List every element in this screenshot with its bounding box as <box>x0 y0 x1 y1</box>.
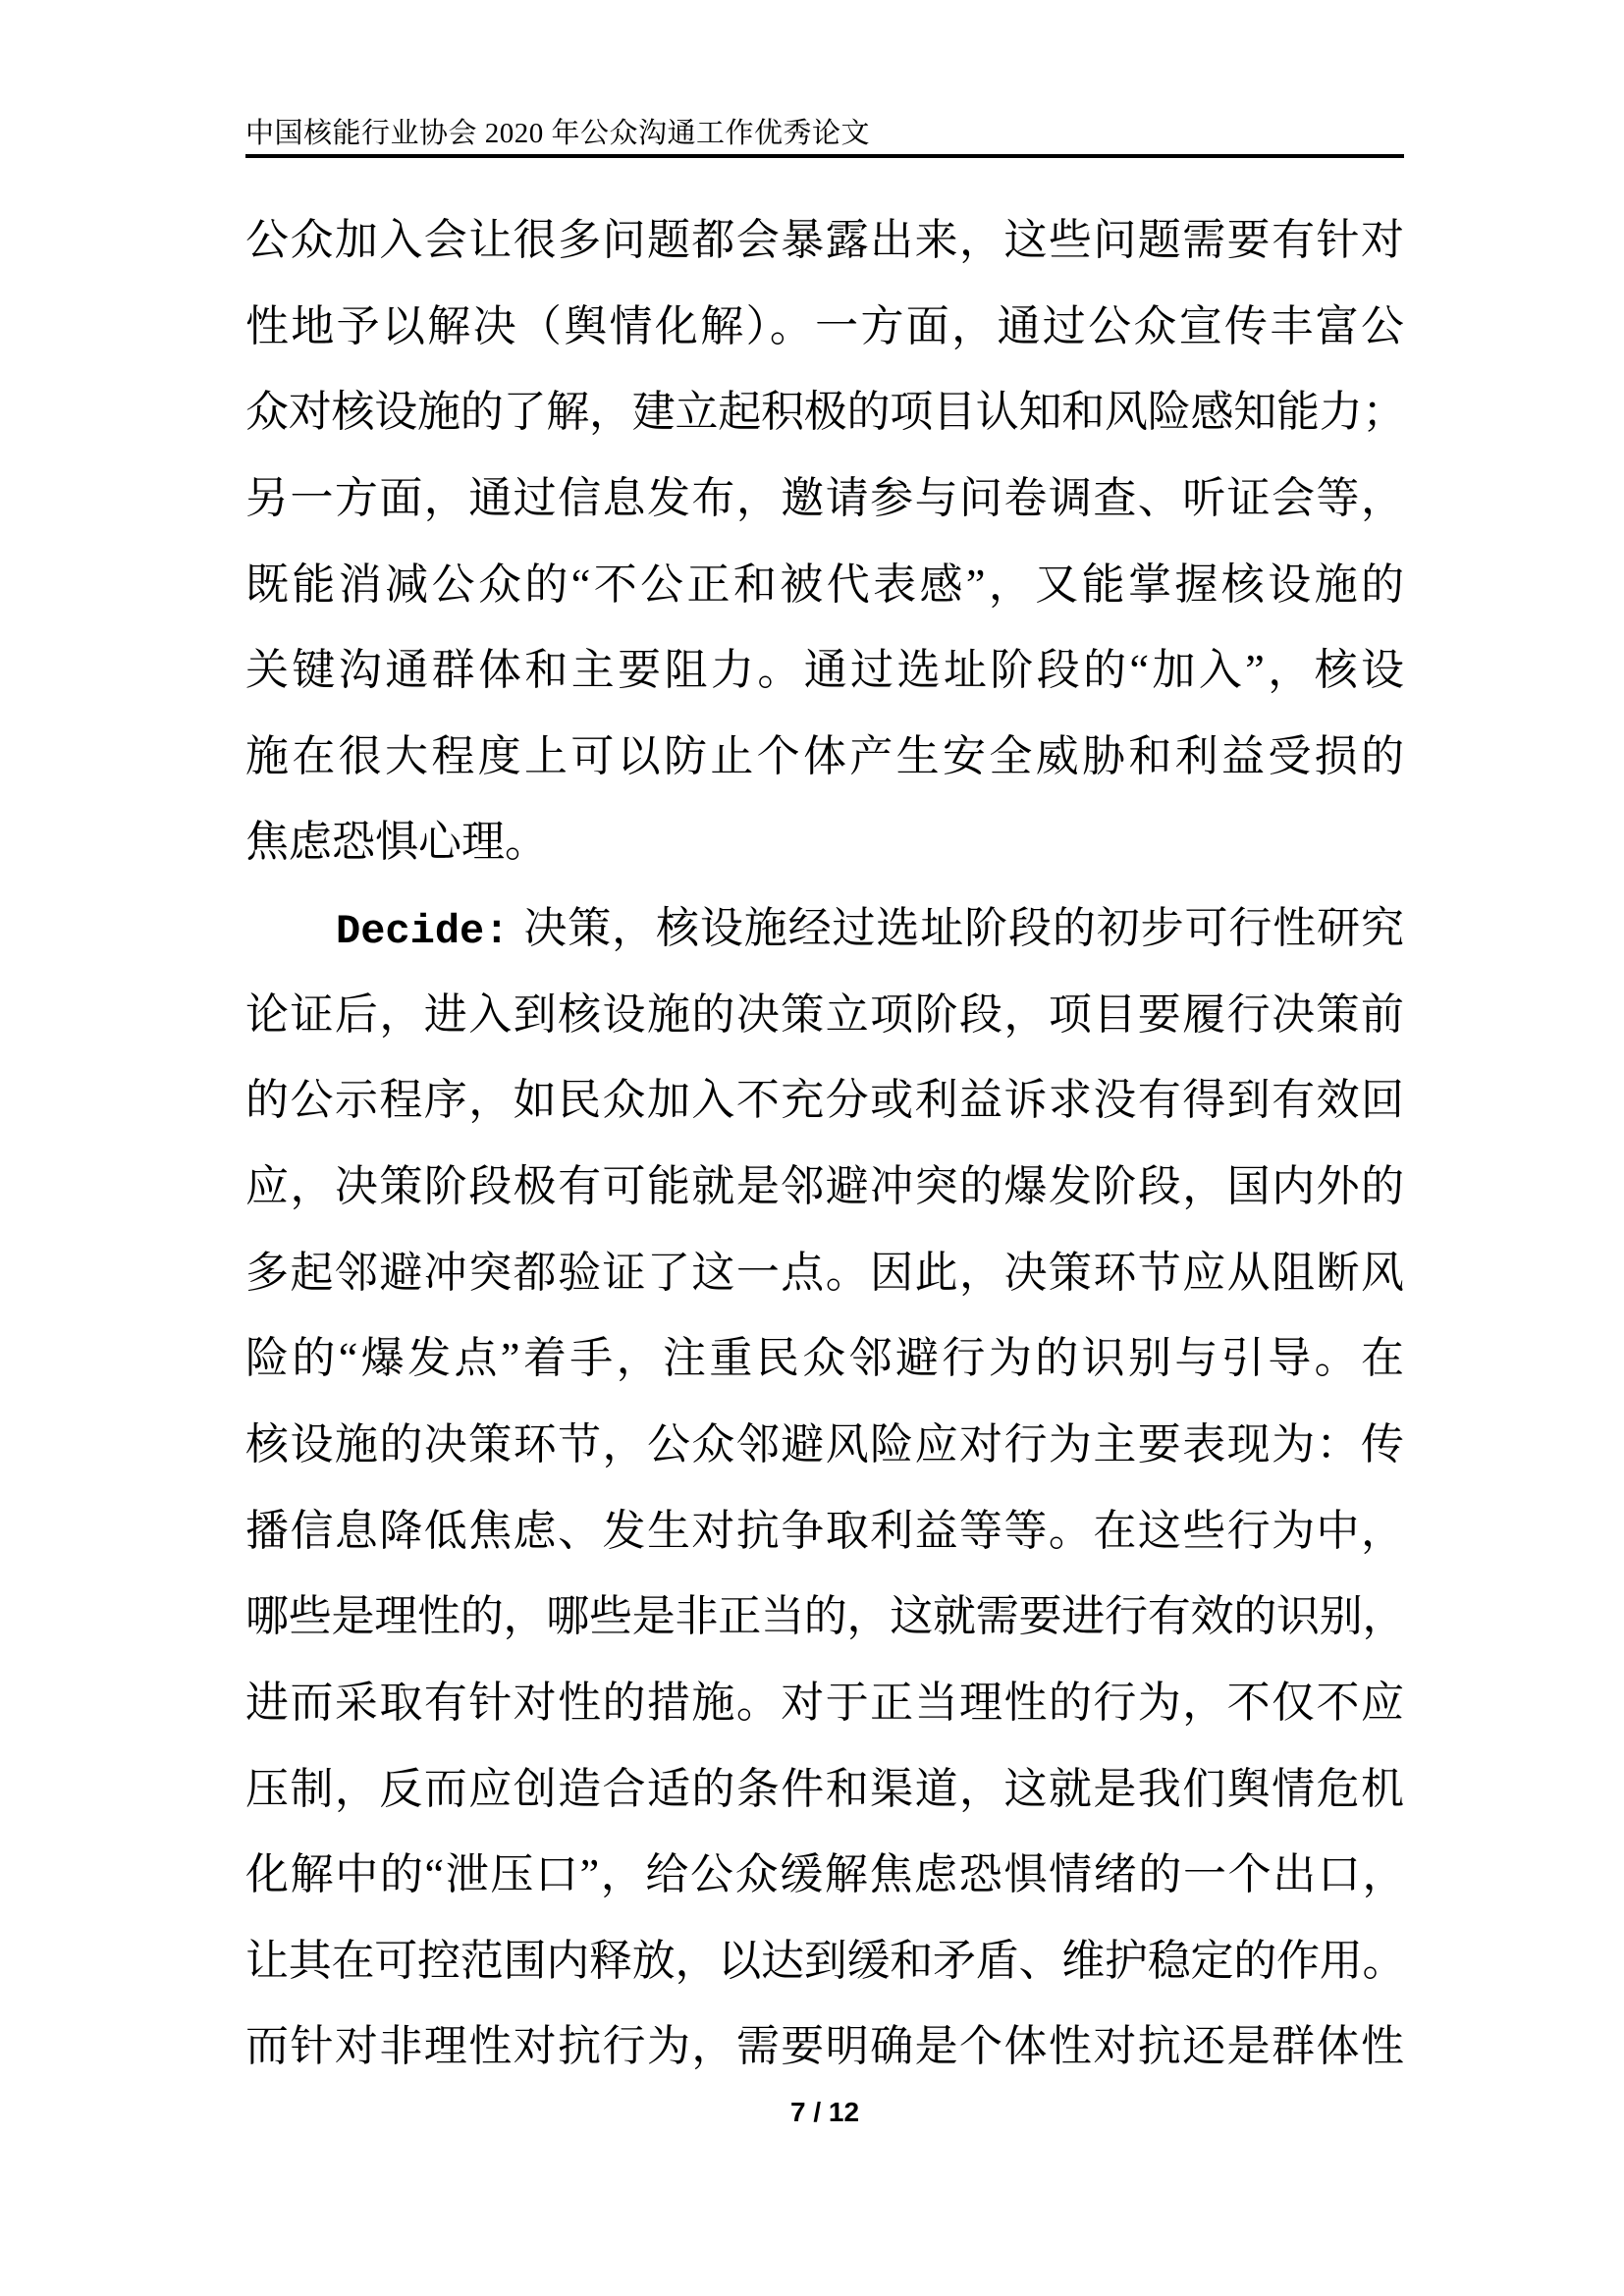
body-line: 化解中的“泄压口”，给公众缓解焦虑恐惧情绪的一个出口， <box>245 1832 1404 1918</box>
body-line: 既能消减公众的“不公正和被代表感”，又能掌握核设施的 <box>245 542 1404 628</box>
body-line: 而针对非理性对抗行为，需要明确是个体性对抗还是群体性 <box>245 2003 1404 2090</box>
page-number: 7 / 12 <box>245 2097 1404 2128</box>
body-line: 险的“爆发点”着手，注重民众邻避行为的识别与引导。在 <box>245 1315 1404 1402</box>
body-line: 论证后，进入到核设施的决策立项阶段，项目要履行决策前 <box>245 972 1404 1058</box>
header-title: 中国核能行业协会 2020 年公众沟通工作优秀论文 <box>245 116 1404 151</box>
body-line: 核设施的决策环节，公众邻避风险应对行为主要表现为：传 <box>245 1402 1404 1488</box>
body-line: 压制，反而应创造合适的条件和渠道，这就是我们舆情危机 <box>245 1746 1404 1833</box>
document-page: 中国核能行业协会 2020 年公众沟通工作优秀论文 公众加入会让很多问题都会暴露… <box>0 0 1624 2296</box>
body-line: 众对核设施的了解，建立起积极的项目认知和风险感知能力； <box>245 369 1404 455</box>
body-line: 多起邻避冲突都验证了这一点。因此，决策环节应从阻断风 <box>245 1230 1404 1316</box>
body-line: 哪些是理性的，哪些是非正当的，这就需要进行有效的识别， <box>245 1574 1404 1660</box>
body-line: 性地予以解决（舆情化解）。一方面，通过公众宣传丰富公 <box>245 284 1404 370</box>
body-line: 播信息降低焦虑、发生对抗争取利益等等。在这些行为中， <box>245 1488 1404 1575</box>
body-line: 焦虑恐惧心理。 <box>245 799 1404 885</box>
body-line: 应，决策阶段极有可能就是邻避冲突的爆发阶段，国内外的 <box>245 1144 1404 1230</box>
body-line: 的公示程序，如民众加入不充分或利益诉求没有得到有效回 <box>245 1057 1404 1144</box>
body-line: 施在很大程度上可以防止个体产生安全威胁和利益受损的 <box>245 714 1404 800</box>
body-line: 另一方面，通过信息发布，邀请参与问卷调查、听证会等， <box>245 455 1404 542</box>
body-text: 公众加入会让很多问题都会暴露出来，这些问题需要有针对 性地予以解决（舆情化解）。… <box>245 197 1404 2090</box>
body-line: 公众加入会让很多问题都会暴露出来，这些问题需要有针对 <box>245 197 1404 284</box>
header-rule <box>245 154 1404 158</box>
body-line-text: 决策，核设施经过选址阶段的初步可行性研究 <box>522 904 1404 952</box>
body-line: 进而采取有针对性的措施。对于正当理性的行为，不仅不应 <box>245 1660 1404 1746</box>
body-line: 让其在可控范围内释放，以达到缓和矛盾、维护稳定的作用。 <box>245 1918 1404 2004</box>
decide-lead: Decide: <box>336 908 509 955</box>
body-line: Decide:决策，核设施经过选址阶段的初步可行性研究 <box>245 885 1404 972</box>
body-line: 关键沟通群体和主要阻力。通过选址阶段的“加入”，核设 <box>245 627 1404 714</box>
